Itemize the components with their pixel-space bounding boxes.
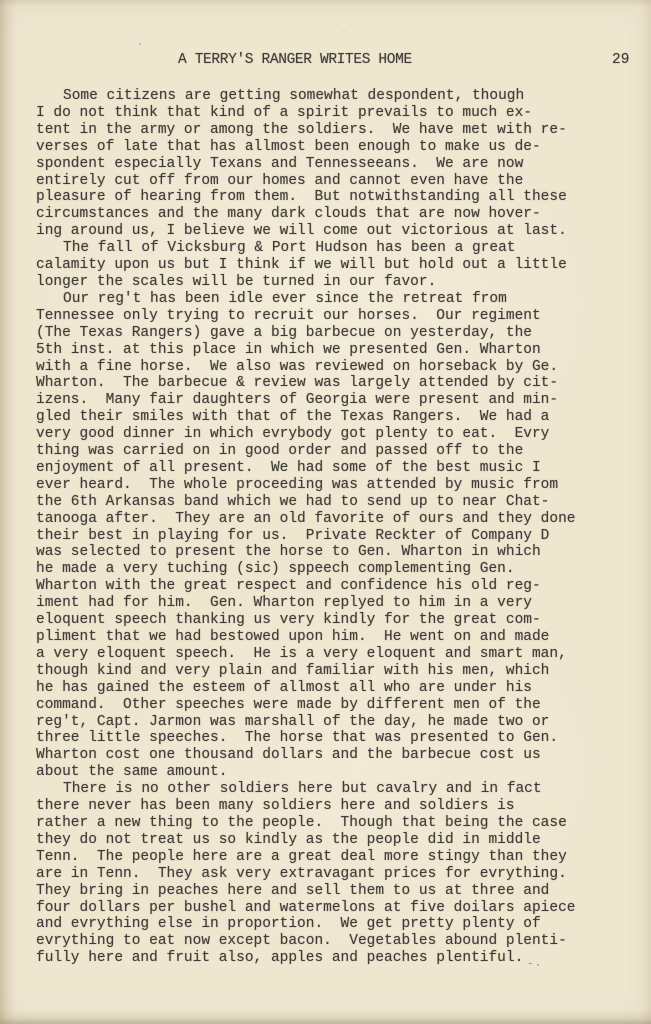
paragraph-1: Some citizens are getting somewhat despo…	[36, 88, 636, 240]
letter-body: Some citizens are getting somewhat despo…	[36, 88, 636, 967]
page-title: A TERRY'S RANGER WRITES HOME	[178, 52, 412, 69]
paper-speck	[343, 31, 345, 32]
paragraph-2: The fall of Vicksburg & Port Hudson has …	[36, 240, 636, 291]
document-page: A TERRY'S RANGER WRITES HOME 29 Some cit…	[0, 0, 651, 1024]
paragraph-4: There is no other soldiers here but cava…	[36, 781, 636, 967]
page-number: 29	[612, 52, 629, 69]
paper-speck	[139, 43, 141, 45]
paper-speck	[560, 822, 563, 824]
paragraph-3: Our reg't has been idle ever since the r…	[36, 291, 636, 781]
pencil-mark: -.	[526, 957, 543, 971]
